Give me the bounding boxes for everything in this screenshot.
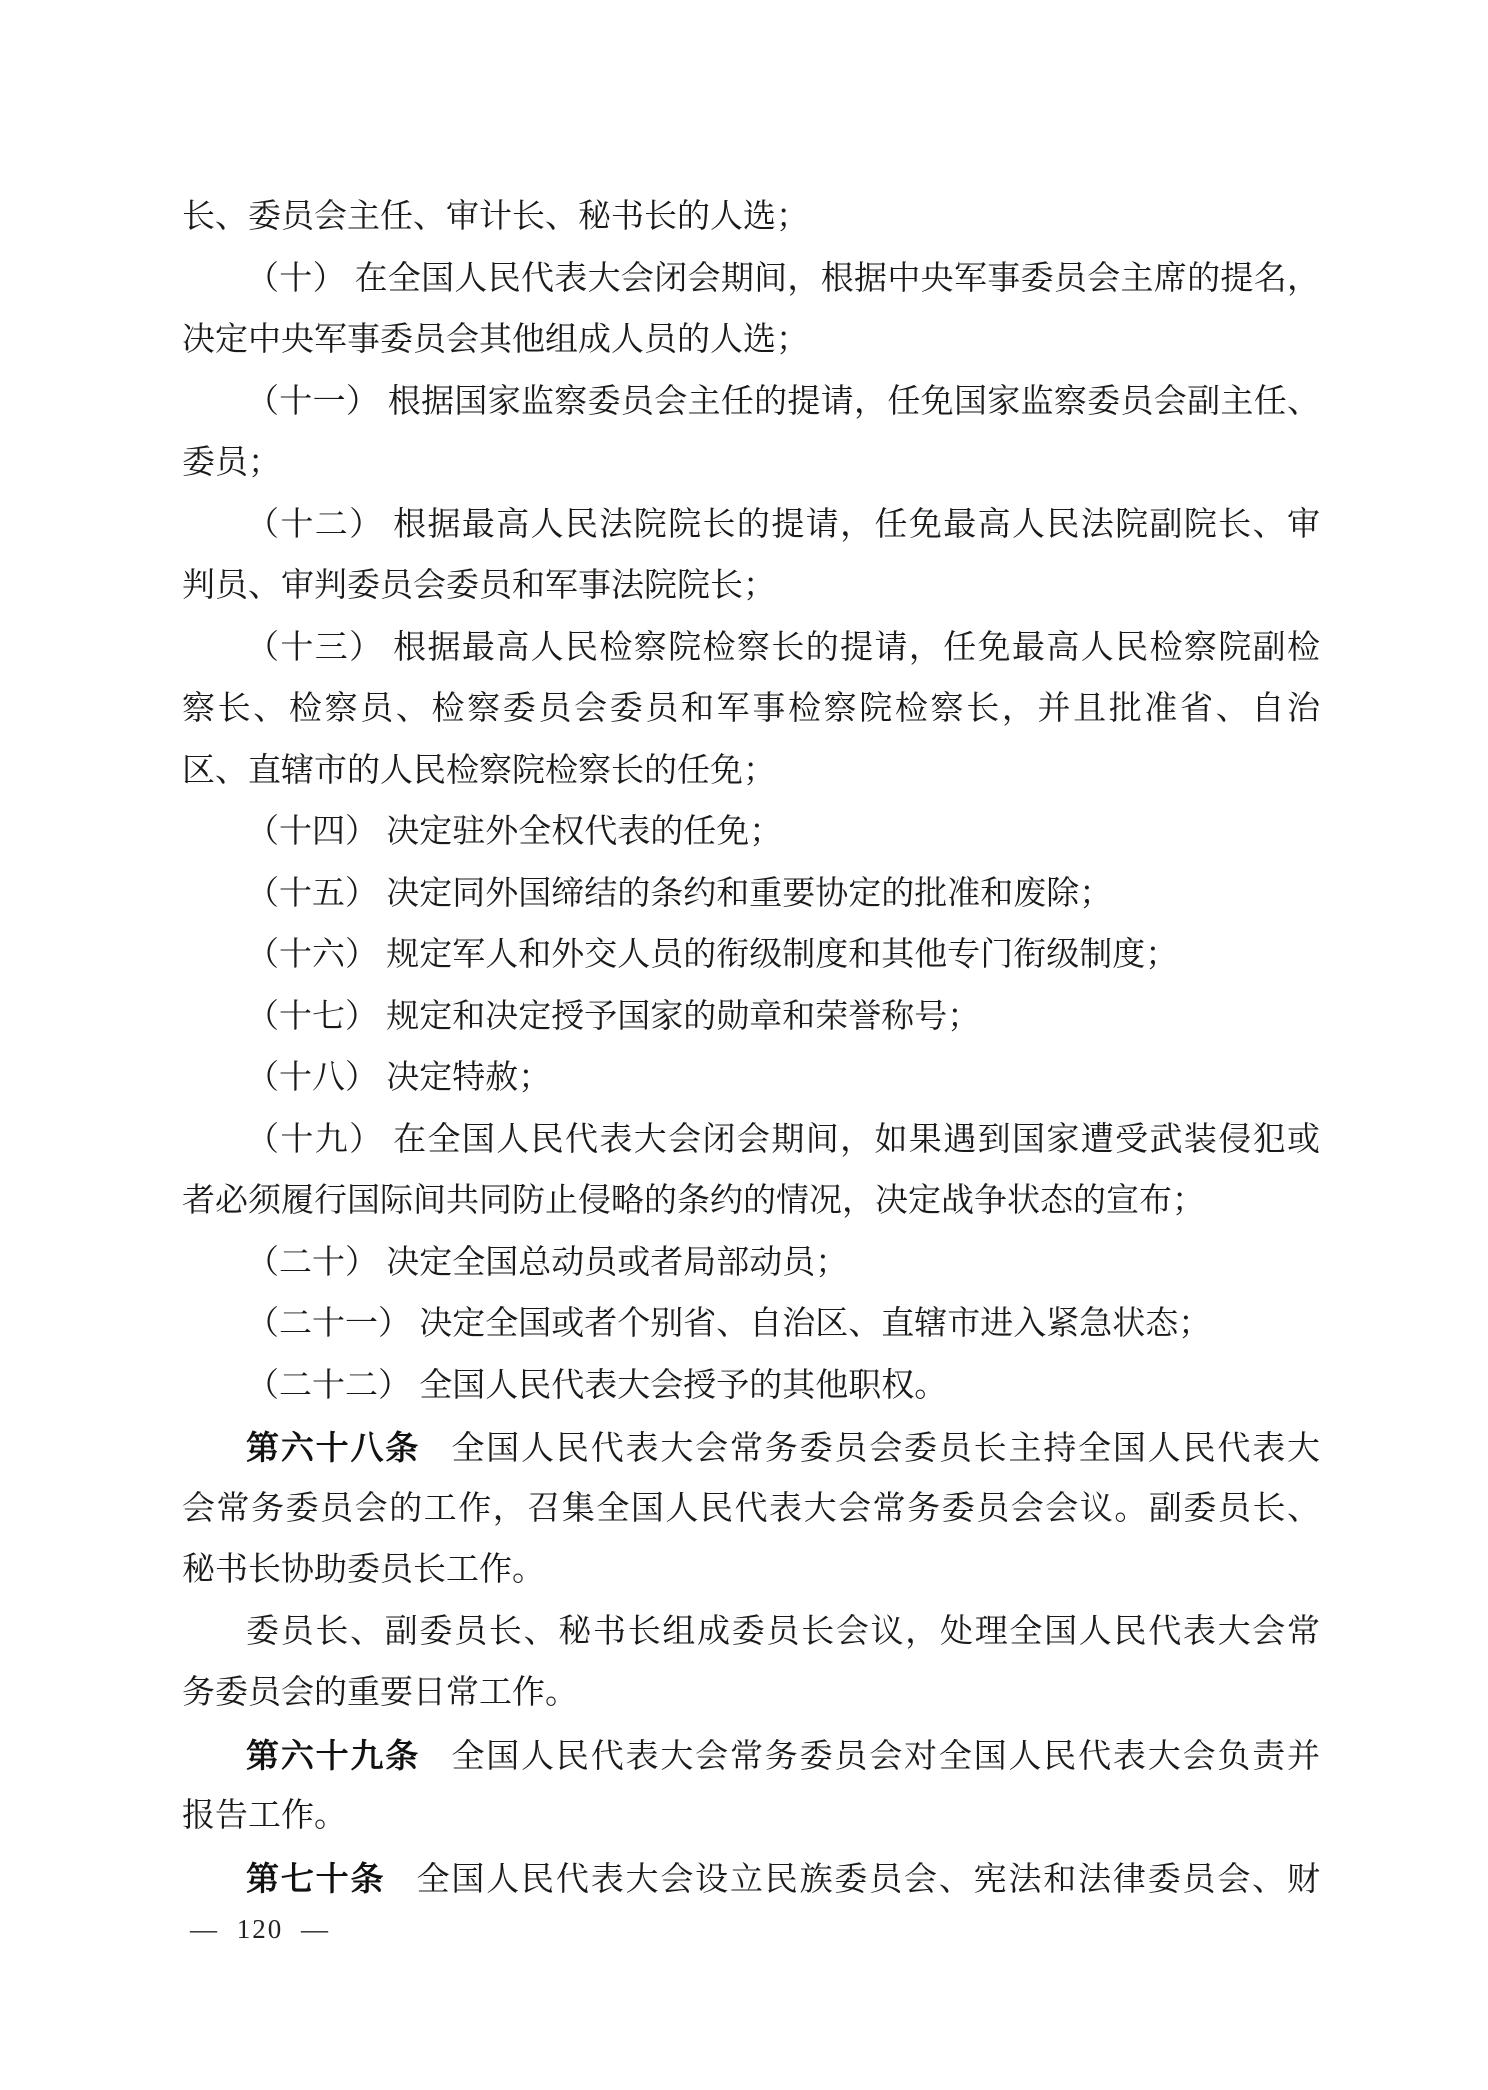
document-line: 第六十八条全国人民代表大会常务委员会委员长主持全国人民代表大 (182, 1417, 1320, 1479)
article-number: 第六十九条 (246, 1737, 420, 1774)
document-line: （二十二） 全国人民代表大会授予的其他职权。 (182, 1356, 1320, 1418)
document-line: 判员、审判委员会委员和军事法院院长； (182, 556, 1320, 618)
document-page: 长、委员会主任、审计长、秘书长的人选； （十） 在全国人民代表大会闭会期间，根据… (0, 0, 1488, 2090)
document-line: （十） 在全国人民代表大会闭会期间，根据中央军事委员会主席的提名， (182, 249, 1320, 311)
page-number: — 120 — (190, 1912, 330, 1946)
document-line: 委员长、副委员长、秘书长组成委员长会议，处理全国人民代表大会常 (182, 1602, 1320, 1664)
document-line: （十五） 决定同外国缔结的条约和重要协定的批准和废除； (182, 864, 1320, 926)
document-line: 决定中央军事委员会其他组成人员的人选； (182, 310, 1320, 372)
document-line: （十二） 根据最高人民法院院长的提请，任免最高人民法院副院长、审 (182, 495, 1320, 557)
document-line: 区、直辖市的人民检察院检察长的任免； (182, 741, 1320, 803)
document-line: 会常务委员会的工作，召集全国人民代表大会常务委员会会议。副委员长、 (182, 1479, 1320, 1541)
line-text: 全国人民代表大会常务委员会对全国人民代表大会负责并 (451, 1739, 1320, 1775)
document-line: （二十） 决定全国总动员或者局部动员； (182, 1233, 1320, 1295)
article-number: 第七十条 (246, 1860, 385, 1897)
document-line: 秘书长协助委员长工作。 (182, 1540, 1320, 1602)
document-line: （十四） 决定驻外全权代表的任免； (182, 802, 1320, 864)
line-text: 全国人民代表大会常务委员会委员长主持全国人民代表大 (451, 1431, 1320, 1467)
document-line: 报告工作。 (182, 1786, 1320, 1848)
document-line: 委员； (182, 433, 1320, 495)
document-line: 第六十九条全国人民代表大会常务委员会对全国人民代表大会负责并 (182, 1725, 1320, 1787)
document-line: 者必须履行国际间共同防止侵略的条约的情况，决定战争状态的宣布； (182, 1171, 1320, 1233)
article-number: 第六十八条 (246, 1429, 420, 1466)
document-line: （十一） 根据国家监察委员会主任的提请，任免国家监察委员会副主任、 (182, 372, 1320, 434)
document-line: （十三） 根据最高人民检察院检察长的提请，任免最高人民检察院副检 (182, 618, 1320, 680)
document-text-block: 长、委员会主任、审计长、秘书长的人选； （十） 在全国人民代表大会闭会期间，根据… (182, 187, 1320, 1909)
document-line: 第七十条全国人民代表大会设立民族委员会、宪法和法律委员会、财 (182, 1848, 1320, 1910)
line-text: 全国人民代表大会设立民族委员会、宪法和法律委员会、财 (417, 1862, 1320, 1898)
document-line: （十七） 规定和决定授予国家的勋章和荣誉称号； (182, 987, 1320, 1049)
document-line: （二十一） 决定全国或者个别省、自治区、直辖市进入紧急状态； (182, 1294, 1320, 1356)
document-line: 务委员会的重要日常工作。 (182, 1663, 1320, 1725)
document-line: （十九） 在全国人民代表大会闭会期间，如果遇到国家遭受武装侵犯或 (182, 1110, 1320, 1172)
document-line: 察长、检察员、检察委员会委员和军事检察院检察长，并且批准省、自治 (182, 679, 1320, 741)
document-line: （十六） 规定军人和外交人员的衔级制度和其他专门衔级制度； (182, 925, 1320, 987)
document-line: 长、委员会主任、审计长、秘书长的人选； (182, 187, 1320, 249)
document-line: （十八） 决定特赦； (182, 1048, 1320, 1110)
